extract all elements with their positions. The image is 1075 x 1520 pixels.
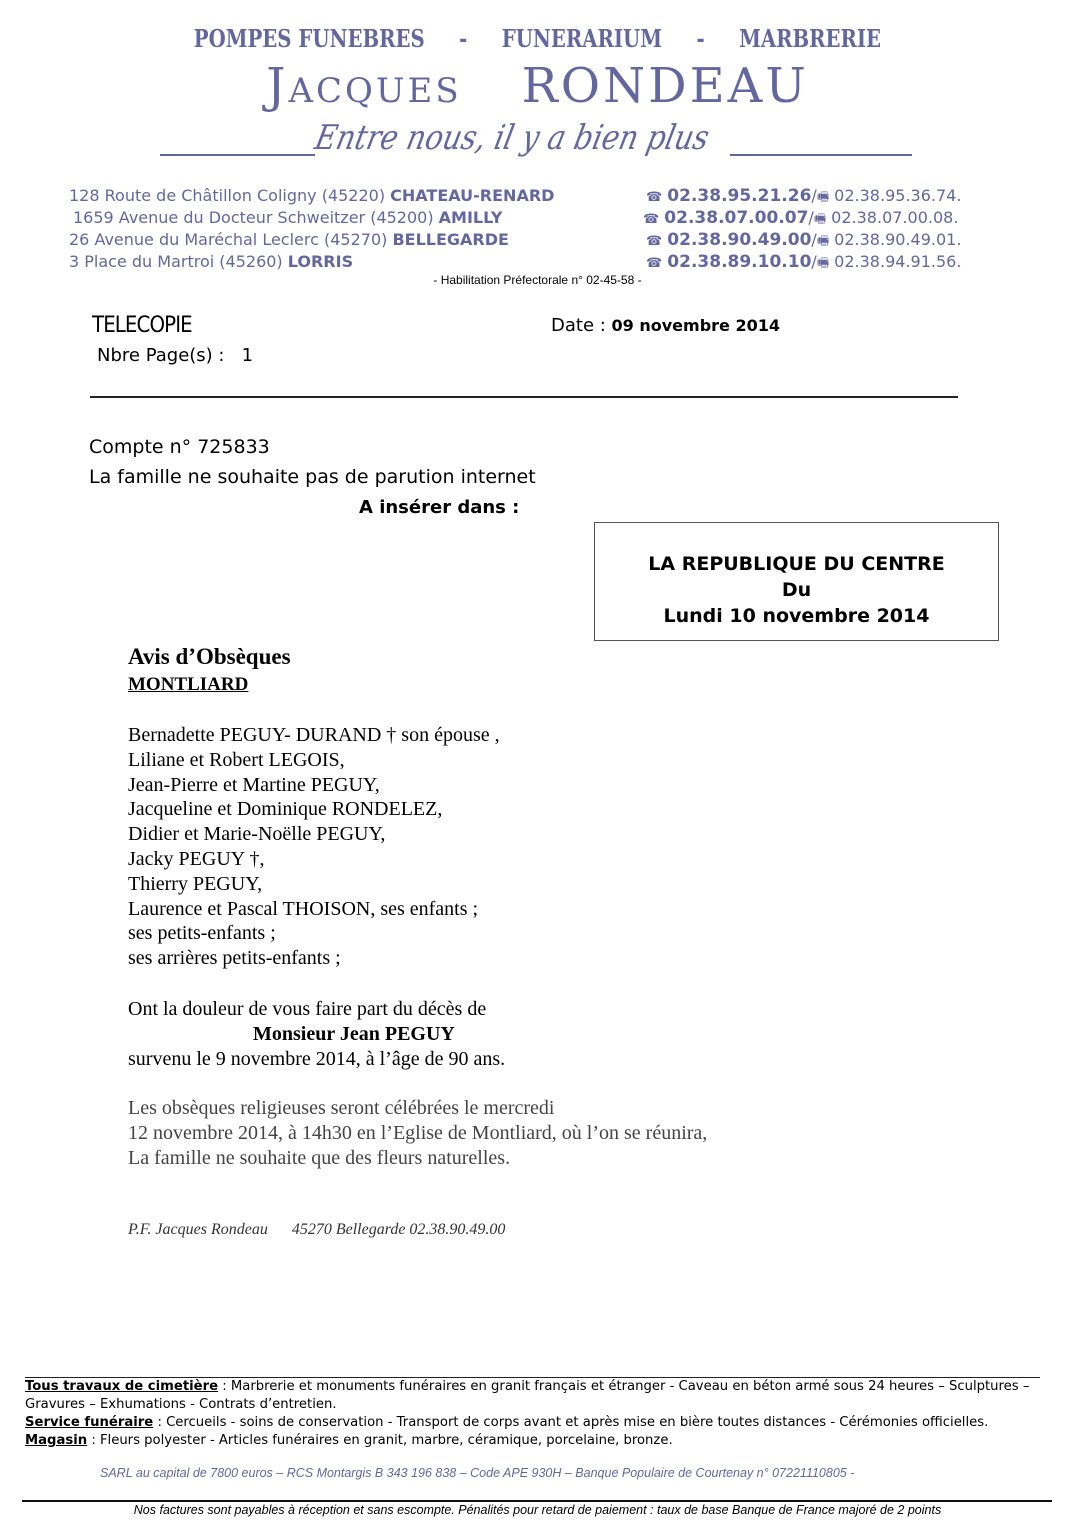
footer-divider-bottom [22,1500,1052,1502]
service-funerarium: FUNERARIUM [502,24,662,53]
family-list: Bernadette PEGUY- DURAND † son épouse , … [128,723,500,971]
deceased-name: Monsieur Jean PEGUY [128,1022,505,1047]
notice-signature: P.F. Jacques Rondeau 45270 Bellegarde 02… [128,1221,505,1239]
announcement-intro: Ont la douleur de vous faire part du déc… [128,997,505,1022]
family-member: Jacqueline et Dominique RONDELEZ, [128,797,500,822]
page-count-value: 1 [242,345,253,366]
payment-terms: Nos factures sont payables à réception e… [0,1503,1075,1517]
tagline-text: Entre nous, il y a bien plus [311,118,712,158]
publication-du: Du [595,577,998,603]
telephone-icon: ☎ [646,256,662,271]
family-member: Jean-Pierre et Martine PEGUY, [128,773,500,798]
fax-icon: 🖷 [817,190,829,205]
service-separator: - [459,24,467,53]
fax-icon: 🖷 [814,212,826,227]
footer-section-shop: Magasin : Fleurs polyester - Articles fu… [25,1432,1050,1450]
family-member: Liliane et Robert LEGOIS, [128,748,500,773]
tagline-rule-left [160,154,315,156]
agency-address: 128 Route de Châtillon Coligny (45220) [69,186,390,205]
agency-phone: 02.38.90.49.00 [667,230,811,250]
agency-city: CHATEAU-RENARD [390,186,554,205]
footer-section-funeral-service: Service funéraire : Cercueils - soins de… [25,1414,1050,1432]
footer-section-label: Tous travaux de cimetière [25,1379,218,1394]
family-member: Thierry PEGUY, [128,872,500,897]
family-member: ses petits-enfants ; [128,921,500,946]
company-name: JacquesRONDEAU [0,58,1075,114]
agency-row: 3 Place du Martroi (45260) LORRIS ☎ 02.3… [0,252,1075,274]
agency-row: 26 Avenue du Maréchal Leclerc (45270) BE… [0,230,1075,252]
family-member: Didier et Marie-Noëlle PEGUY, [128,822,500,847]
agency-city: LORRIS [288,252,353,271]
tagline: Entre nous, il y a bien plus [160,118,920,166]
family-member: ses arrières petits-enfants ; [128,946,500,971]
fax-title: TELECOPIE [92,313,192,338]
page-count-label: Nbre Page(s) : [97,345,224,366]
death-announcement: Ont la douleur de vous faire part du déc… [128,997,505,1071]
footer-section-text: : Cercueils - soins de conservation - Tr… [153,1415,988,1430]
agency-row: 128 Route de Châtillon Coligny (45220) C… [0,186,1075,208]
insert-label: A insérer dans : [359,497,519,518]
footer-section-text: : Fleurs polyester - Articles funéraires… [87,1433,673,1448]
footer-section-label: Magasin [25,1433,87,1448]
fax-date: Date : 09 novembre 2014 [551,315,780,336]
date-value: 09 novembre 2014 [612,316,780,335]
service-marbrerie: MARBRERIE [739,24,881,53]
agency-address: 1659 Avenue du Docteur Schweitzer (45200… [73,208,439,227]
family-member: Laurence et Pascal THOISON, ses enfants … [128,897,500,922]
agency-city: BELLEGARDE [392,230,509,249]
agency-city: AMILLY [439,208,503,227]
ceremony-line: Les obsèques religieuses seront célébrée… [128,1096,707,1121]
telephone-icon: ☎ [646,190,662,205]
account-number: Compte n° 725833 [89,436,270,458]
footer-services: Tous travaux de cimetière : Marbrerie et… [25,1378,1050,1450]
agency-fax: 02.38.94.91.56. [829,252,961,271]
agency-fax: 02.38.95.36.74. [829,186,961,205]
habilitation-number: - Habilitation Préfectorale n° 02-45-58 … [0,273,1075,287]
tagline-rule-right [730,154,912,156]
notice-place: MONTLIARD [128,674,248,696]
internet-note: La famille ne souhaite pas de parution i… [89,466,536,488]
header-divider [90,396,958,398]
fax-icon: 🖷 [817,234,829,249]
family-member: Jacky PEGUY †, [128,847,500,872]
company-info: SARL au capital de 7800 euros – RCS Mont… [100,1466,854,1480]
newspaper-name: LA REPUBLIQUE DU CENTRE [595,551,998,577]
family-member: Bernadette PEGUY- DURAND † son épouse , [128,723,500,748]
agency-fax: 02.38.90.49.01. [829,230,961,249]
agency-row: 1659 Avenue du Docteur Schweitzer (45200… [0,208,1075,230]
company-first-name: Jacques [266,58,461,114]
agency-phone: 02.38.07.00.07 [664,208,808,228]
services-line: POMPES FUNEBRES-FUNERARIUM-MARBRERIE [97,24,979,53]
agency-phone: 02.38.89.10.10 [667,252,811,272]
service-separator: - [696,24,704,53]
ceremony-line: 12 novembre 2014, à 14h30 en l’Eglise de… [128,1121,707,1146]
date-label: Date : [551,315,612,336]
page-count: Nbre Page(s) : 1 [97,345,253,366]
agency-fax: 02.38.07.00.08. [826,208,958,227]
company-last-name: RONDEAU [522,58,809,114]
ceremony-details: Les obsèques religieuses seront célébrée… [128,1096,707,1171]
telephone-icon: ☎ [643,212,659,227]
ceremony-line: La famille ne souhaite que des fleurs na… [128,1146,707,1171]
fax-icon: 🖷 [817,256,829,271]
telephone-icon: ☎ [646,234,662,249]
agency-address: 3 Place du Martroi (45260) [69,252,288,271]
service-pompes-funebres: POMPES FUNEBRES [194,24,425,53]
footer-section-cemetery: Tous travaux de cimetière : Marbrerie et… [25,1378,1050,1414]
publication-box: LA REPUBLIQUE DU CENTRE Du Lundi 10 nove… [594,522,999,641]
announcement-detail: survenu le 9 novembre 2014, à l’âge de 9… [128,1047,505,1072]
footer-section-label: Service funéraire [25,1415,153,1430]
agency-address: 26 Avenue du Maréchal Leclerc (45270) [69,230,392,249]
agency-phone: 02.38.95.21.26 [667,186,811,206]
notice-title: Avis d’Obsèques [128,644,291,670]
publication-date: Lundi 10 novembre 2014 [595,603,998,629]
